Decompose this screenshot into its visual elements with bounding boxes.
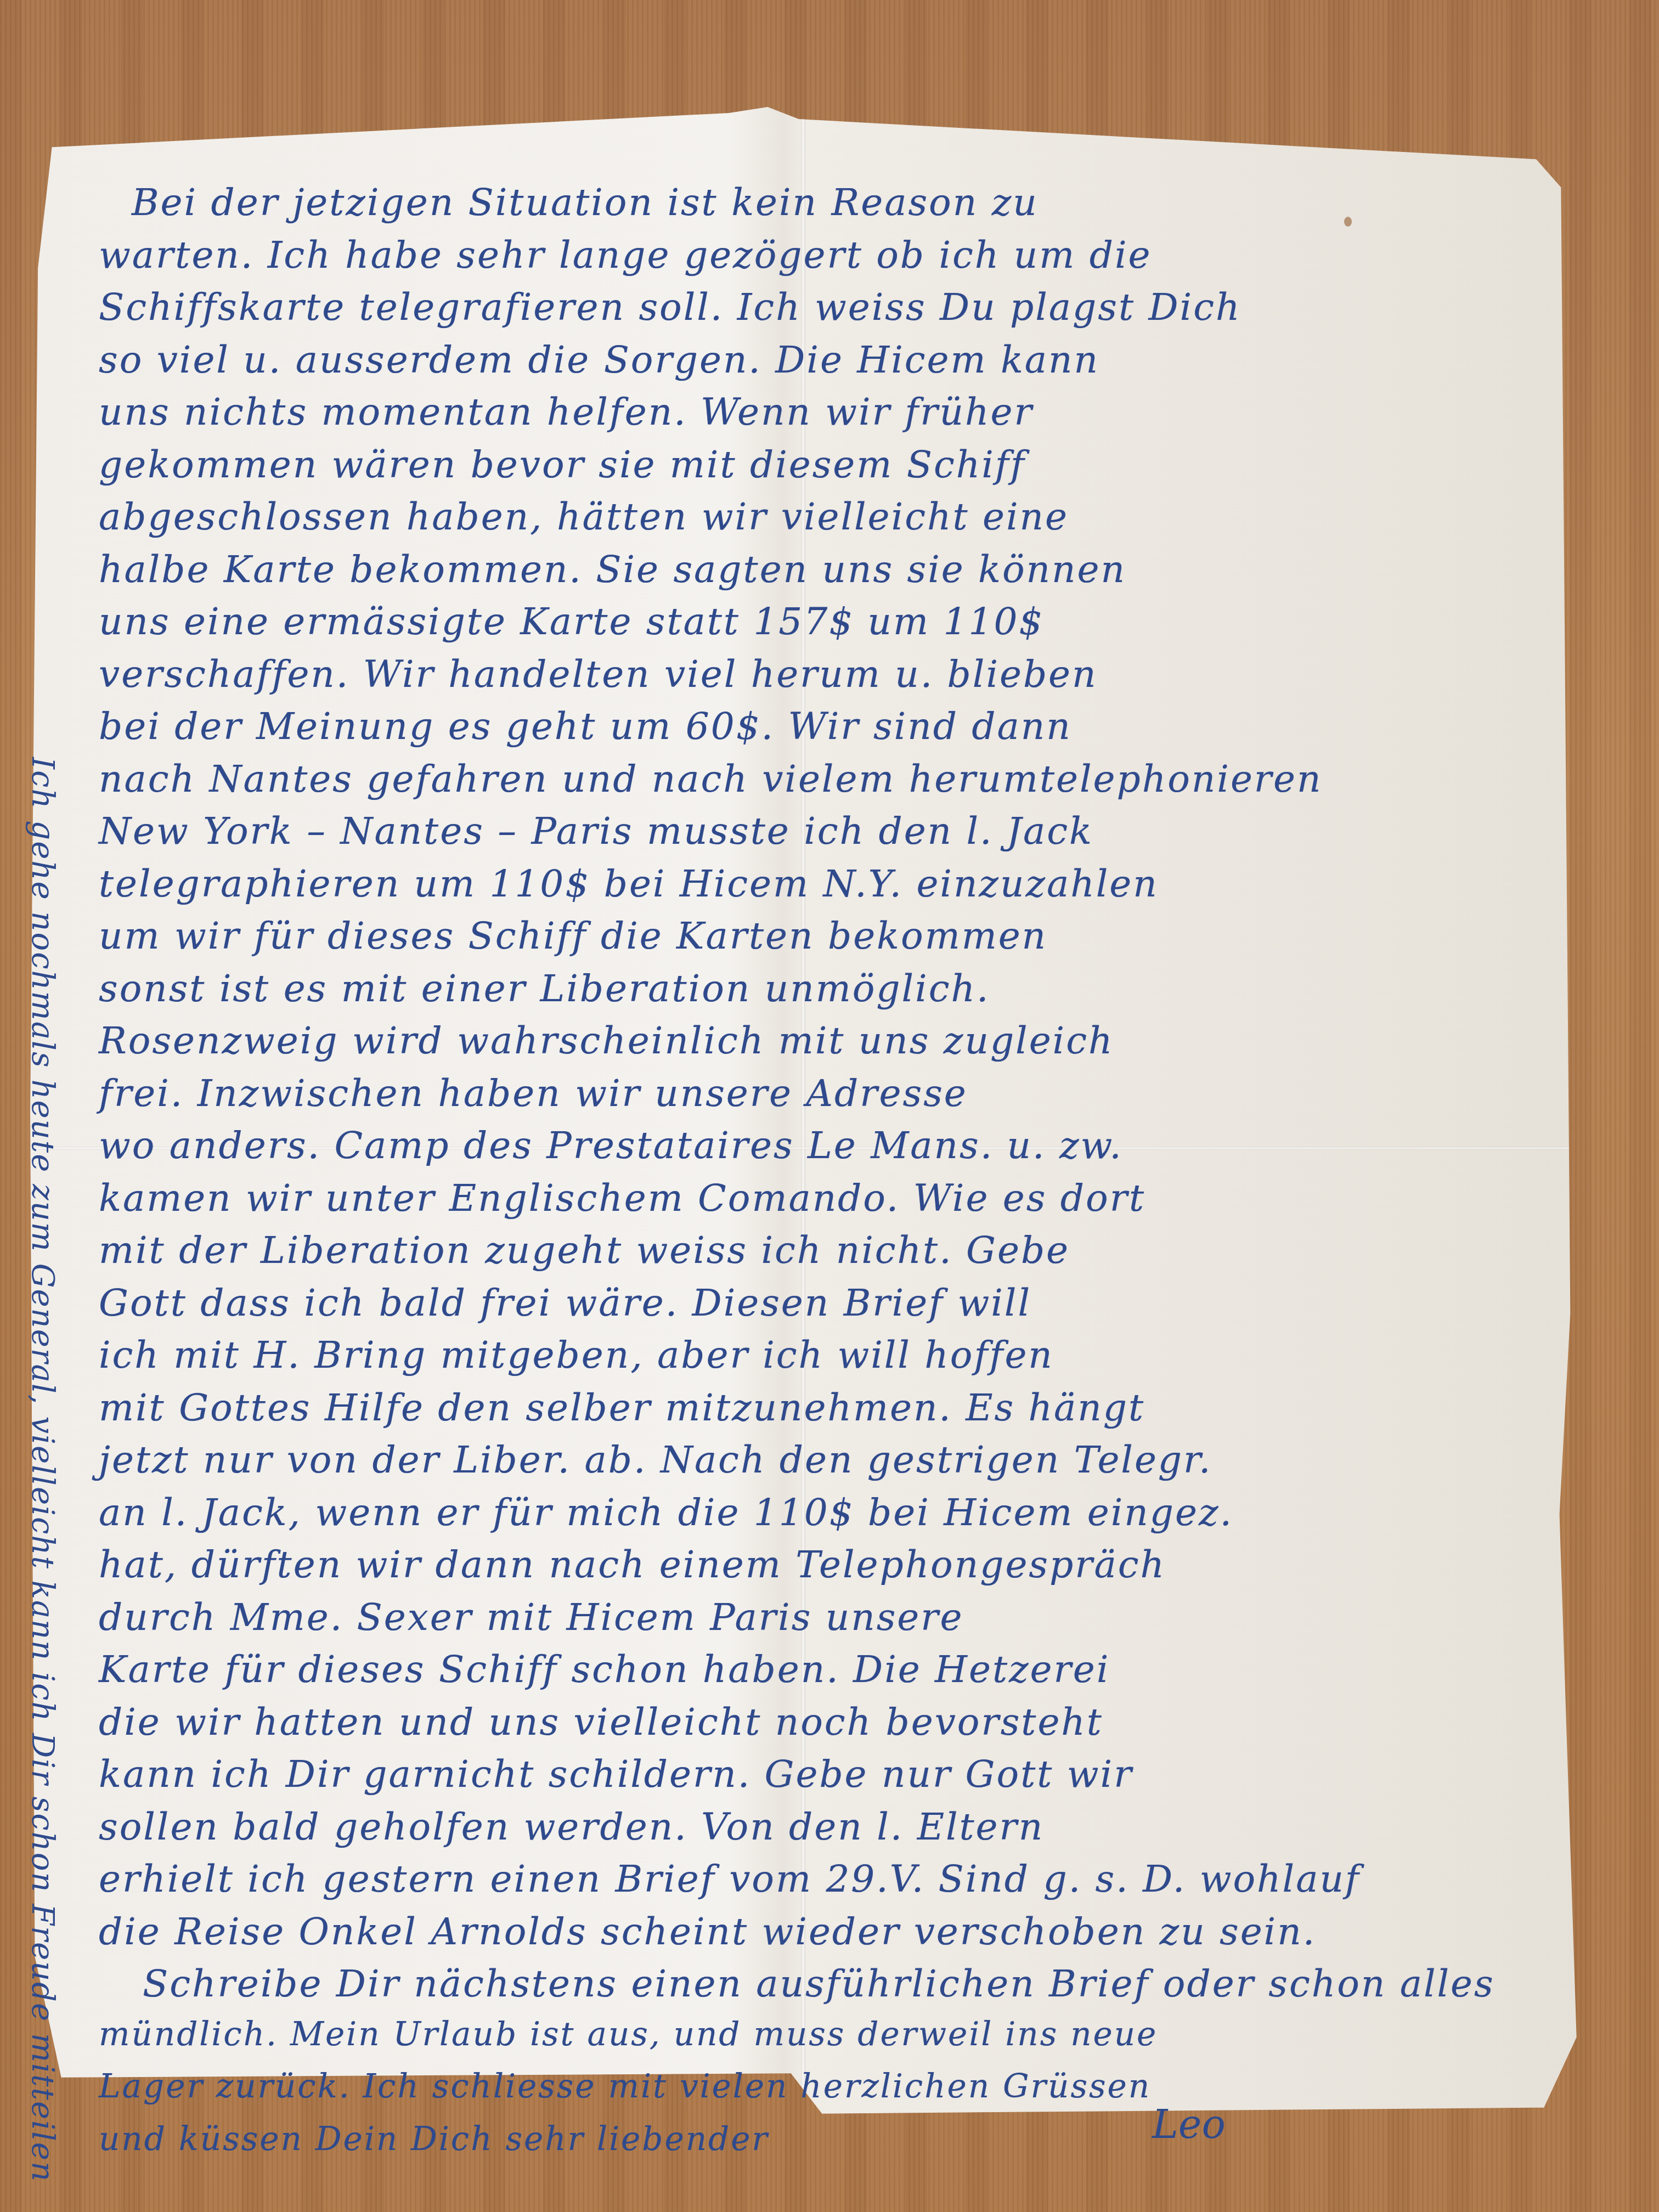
letter-line: und küssen Dein Dich sehr liebender — [99, 2120, 1570, 2158]
letter-line: gekommen wären bevor sie mit diesem Schi… — [99, 443, 1570, 487]
letter-line: jetzt nur von der Liber. ab. Nach den ge… — [99, 1438, 1570, 1482]
letter-line: Schiffskarte telegrafieren soll. Ich wei… — [99, 286, 1570, 329]
letter-line: kamen wir unter Englischem Comando. Wie … — [99, 1177, 1570, 1220]
letter-line: Schreibe Dir nächstens einen ausführlich… — [143, 1962, 1613, 2006]
letter-line: erhielt ich gestern einen Brief vom 29.V… — [99, 1858, 1570, 1901]
letter-line: verschaffen. Wir handelten viel herum u.… — [99, 653, 1570, 696]
letter-line: halbe Karte bekommen. Sie sagten uns sie… — [99, 548, 1570, 591]
letter-line: so viel u. ausserdem die Sorgen. Die Hic… — [99, 338, 1570, 382]
letter-line: an l. Jack, wenn er für mich die 110$ be… — [99, 1491, 1570, 1534]
letter-line: sonst ist es mit einer Liberation unmögl… — [99, 967, 1570, 1011]
letter-line: New York – Nantes – Paris musste ich den… — [99, 810, 1570, 853]
letter-line: Gott dass ich bald frei wäre. Diesen Bri… — [99, 1282, 1570, 1325]
letter-line: mündlich. Mein Urlaub ist aus, und muss … — [99, 2015, 1570, 2053]
letter-line: sollen bald geholfen werden. Von den l. … — [99, 1805, 1570, 1849]
letter-line: kann ich Dir garnicht schildern. Gebe nu… — [99, 1753, 1570, 1796]
letter-line: Rosenzweig wird wahrscheinlich mit uns z… — [99, 1019, 1570, 1063]
letter-line: um wir für dieses Schiff die Karten beko… — [99, 915, 1570, 958]
letter-line: ich mit H. Bring mitgeben, aber ich will… — [99, 1334, 1570, 1377]
letter-line: telegraphieren um 110$ bei Hicem N.Y. ei… — [99, 862, 1570, 906]
letter-line: Karte für dieses Schiff schon haben. Die… — [99, 1648, 1570, 1691]
letter-line: Bei der jetzigen Situation ist kein Reas… — [132, 181, 1602, 224]
letter-line: frei. Inzwischen haben wir unsere Adress… — [99, 1072, 1570, 1115]
letter-line: die Reise Onkel Arnolds scheint wieder v… — [99, 1910, 1570, 1954]
letter-line: uns eine ermässigte Karte statt 157$ um … — [99, 600, 1570, 644]
letter-line: warten. Ich habe sehr lange gezögert ob … — [99, 234, 1570, 277]
letter-line: die wir hatten und uns vielleicht noch b… — [99, 1701, 1570, 1744]
letter-line: wo anders. Camp des Prestataires Le Mans… — [99, 1124, 1570, 1167]
letter-line: uns nichts momentan helfen. Wenn wir frü… — [99, 391, 1570, 434]
letter-line: Lager zurück. Ich schliesse mit vielen h… — [99, 2067, 1570, 2106]
signature: Leo — [1152, 2101, 1226, 2147]
letter-line: mit Gottes Hilfe den selber mitzunehmen.… — [99, 1386, 1570, 1430]
letter-line: nach Nantes gefahren und nach vielem her… — [99, 758, 1570, 801]
letter-line: bei der Meinung es geht um 60$. Wir sind… — [99, 705, 1570, 748]
letter-line: hat, dürften wir dann nach einem Telepho… — [99, 1543, 1570, 1587]
letter-line: mit der Liberation zugeht weiss ich nich… — [99, 1229, 1570, 1272]
letter-line: abgeschlossen haben, hätten wir vielleic… — [99, 495, 1570, 539]
letter-line: durch Mme. Sexer mit Hicem Paris unsere — [99, 1596, 1570, 1639]
margin-note: Ich gehe nochmals heute zum General, vie… — [25, 757, 60, 2182]
